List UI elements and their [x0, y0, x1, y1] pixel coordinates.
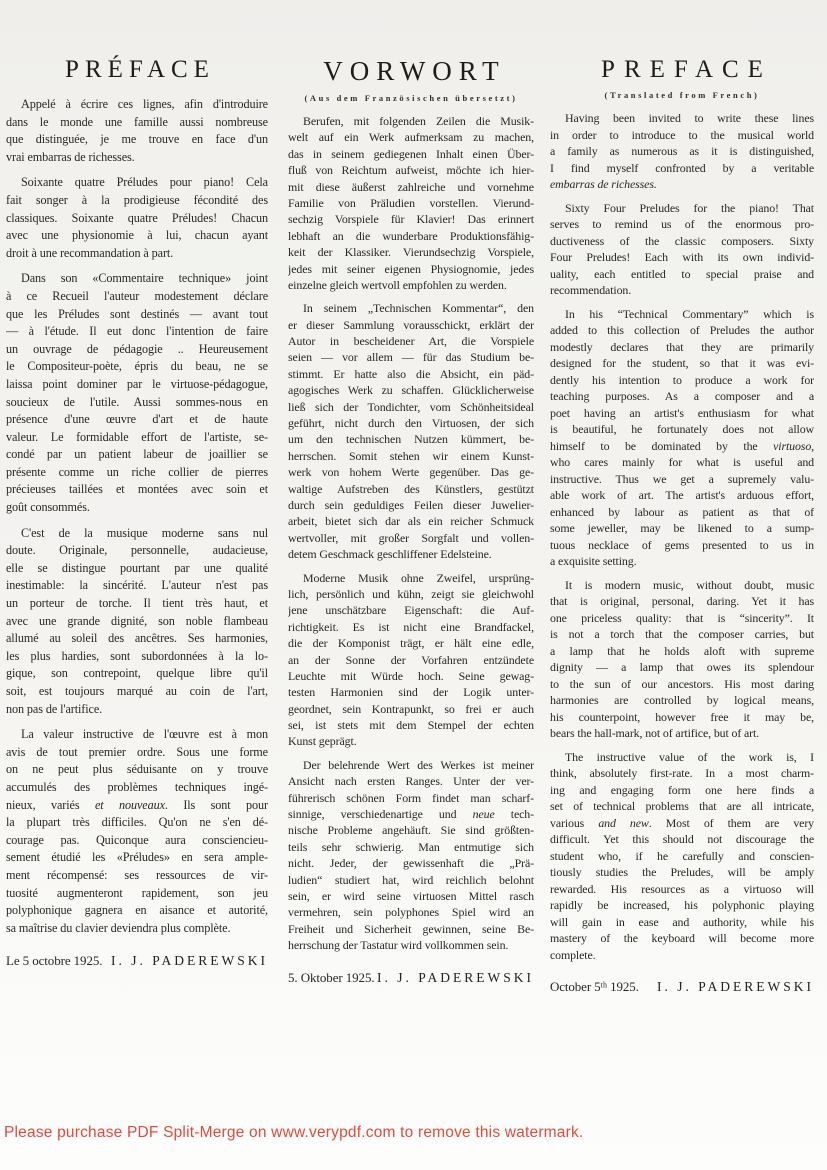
text-line: vermehren, sein polyphones Spiel wird an — [288, 904, 534, 920]
text-line: Familie von Präludien vorstellen. Vierun… — [288, 195, 534, 211]
text-line: mastery of the keyboard will become more — [550, 930, 814, 947]
text-line: on ne peut plus séduisante on y trouve — [6, 761, 268, 779]
text-line: a lamp that he holds aloft with supreme — [550, 643, 814, 660]
text-line: is beautiful, he fortunately does not al… — [550, 421, 814, 438]
text-line: valeur. Le formidable effort de l'artist… — [6, 429, 268, 447]
text-line: Moderne Musik ohne Zweifel, ursprüng- — [288, 570, 534, 586]
text-line: recommendation. — [550, 282, 814, 299]
text-line: In his “Technical Commentary” which is — [550, 306, 814, 323]
text-line: ductiveness of the classic composers. Si… — [550, 233, 814, 250]
english-date: October 5ᵗʰ 1925. — [550, 979, 639, 995]
text-line: himself to be dominated by the virtuoso, — [550, 438, 814, 455]
text-line: rewarded. His resources as a virtuoso wi… — [550, 881, 814, 898]
text-line: nicht. Jeder, der gewissenhaft die „Prä- — [288, 855, 534, 871]
text-line: jene unschätzbare Eigenschaft: die Auf- — [288, 602, 534, 618]
text-line: will gain in ease and authority, while h… — [550, 914, 814, 931]
text-line: testen Harmonien sind der Logik unter- — [288, 684, 534, 700]
text-line: ließ sich der Tondichter, vom Schönheits… — [288, 399, 534, 415]
text-line: — à l'étude. Il eut donc l'intention de … — [6, 323, 268, 341]
text-line: tiously studies the Preludes, will be am… — [550, 864, 814, 881]
paragraph: Der belehrende Wert des Werkes ist meine… — [288, 757, 534, 954]
text-line: sechzig Vorspiele für Klavier! Das erinn… — [288, 211, 534, 227]
german-subtitle: (Aus dem Französischen übersetzt) — [288, 93, 534, 103]
text-line: inestimable: la sincérité. L'auteur n'es… — [6, 577, 268, 595]
text-line: Kunst geprägt. — [288, 733, 534, 749]
text-line: able work of art. The artist's arduous e… — [550, 487, 814, 504]
text-line: some jeweller, may be likened to a sump- — [550, 520, 814, 537]
text-line: waltige Aufstreben des Künstlers, gestüt… — [288, 481, 534, 497]
text-line: a exquisite setting. — [550, 553, 814, 570]
text-line: teaching purposes. As a composer and a — [550, 388, 814, 405]
text-line: elle se distingue pourtant par une quali… — [6, 560, 268, 578]
text-line: soit, est toujours marqué au coin de l'a… — [6, 683, 268, 701]
text-line: detem Geschmack geschliffener Edelsteine… — [288, 546, 534, 562]
paragraph: Sixty Four Preludes for the piano! Thats… — [550, 200, 814, 299]
french-author-signature: I. J. PADEREWSKI — [111, 953, 268, 969]
text-line: Freiheit und Sicherheit gewinnen, seine … — [288, 921, 534, 937]
text-line: gique, son contrepoint, quelque libre qu… — [6, 665, 268, 683]
text-line: goût consommés. — [6, 499, 268, 517]
text-line: nieux, variés et nouveaux. Ils sont pour — [6, 797, 268, 815]
text-line: harmonies are controlled by logical mean… — [550, 692, 814, 709]
text-line: dignity — a lamp that owes its splendour — [550, 659, 814, 676]
paragraph: C'est de la musique moderne sans nuldout… — [6, 525, 268, 719]
german-dateline: 5. Oktober 1925. I. J. PADEREWSKI — [288, 970, 534, 986]
text-line: werk von hohem Werte gegenüber. Das ge- — [288, 464, 534, 480]
text-line: to the sun of our ancestors. His most da… — [550, 676, 814, 693]
text-line: durch sein geduldiges Feilen dieser Juwe… — [288, 497, 534, 513]
text-line: designed for the student, so that it was… — [550, 355, 814, 372]
text-line: um den technischen Nutzen kümmert, be- — [288, 431, 534, 447]
text-line: difficult. Yet this should not discourag… — [550, 831, 814, 848]
paragraph: Berufen, mit folgenden Zeilen die Musik-… — [288, 113, 534, 293]
text-line: is not a torch that the composer carries… — [550, 626, 814, 643]
text-line: Dans son «Commentaire technique» joint — [6, 270, 268, 288]
text-line: ludien“ studiert hat, wird reichlich bel… — [288, 872, 534, 888]
english-subtitle: (Translated from French) — [550, 90, 814, 100]
text-line: dans le monde une famille aussi nombreus… — [6, 114, 268, 132]
text-line: modestly declares that they are primaril… — [550, 339, 814, 356]
paragraph: Moderne Musik ohne Zweifel, ursprüng-lic… — [288, 570, 534, 750]
text-line: laissa point dominer par le virtuose-péd… — [6, 376, 268, 394]
text-line: sa maîtrise du clavier deviendra plus co… — [6, 920, 268, 938]
text-line: uality, each entitled to special praise … — [550, 266, 814, 283]
text-line: allumé au soleil des ancêtres. Ses harmo… — [6, 630, 268, 648]
text-line: I find myself confronted by a veritable — [550, 160, 814, 177]
text-line: que les Préludes sont destinés — avant t… — [6, 306, 268, 324]
text-line: embarras de richesses. — [550, 176, 814, 193]
text-line: einzelne gleich wertvoll empfohlen zu we… — [288, 277, 534, 293]
text-line: wertvoller, mit großer Sorgfalt und voll… — [288, 530, 534, 546]
paragraph: In his “Technical Commentary” which isad… — [550, 306, 814, 570]
english-heading: PREFACE — [550, 56, 814, 84]
text-line: dently his intention to produce a work f… — [550, 372, 814, 389]
paragraph: Dans son «Commentaire technique» jointà … — [6, 270, 268, 516]
text-line: nische Probleme angehäuft. Sie sind größ… — [288, 822, 534, 838]
text-line: sinnige, verschiedenartige und neue tech… — [288, 806, 534, 822]
text-line: Soixante quatre Préludes pour piano! Cel… — [6, 174, 268, 192]
text-line: la plupart très difficiles. Qu'on ne s'e… — [6, 814, 268, 832]
text-line: das in seinem gediegenen Inhalt einen Üb… — [288, 146, 534, 162]
text-line: précieuses taillées et montées avec soin… — [6, 481, 268, 499]
text-line: herrschen. Somit stehen wir einem Kunst- — [288, 448, 534, 464]
text-line: avec une physionomie à lui, chacun ayant — [6, 227, 268, 245]
french-body: Appelé à écrire ces lignes, afin d'intro… — [6, 96, 268, 937]
text-line: sement étudié les «Préludes» en sera amp… — [6, 849, 268, 867]
english-author-signature: I. J. PADEREWSKI — [657, 979, 814, 995]
text-line: er dieser Sammlung vorausschickt, erklär… — [288, 317, 534, 333]
column-french: PRÉFACE Appelé à écrire ces lignes, afin… — [6, 56, 268, 995]
text-line: geordnet, sein Kontrapunkt, so frei er a… — [288, 701, 534, 717]
german-author-signature: I. J. PADEREWSKI — [377, 970, 534, 986]
french-dateline: Le 5 octobre 1925. I. J. PADEREWSKI — [6, 953, 268, 969]
text-line: Der belehrende Wert des Werkes ist meine… — [288, 757, 534, 773]
text-line: herrschung der Tastatur wird vollkommen … — [288, 937, 534, 953]
three-column-layout: PRÉFACE Appelé à écrire ces lignes, afin… — [0, 0, 827, 995]
text-line: ment récompensé: ses ressources de vir- — [6, 867, 268, 885]
text-line: instructive. Thus we get a supremely val… — [550, 471, 814, 488]
text-line: présence d'une œuvre d'art et de haute — [6, 411, 268, 429]
text-line: bears the hall-mark, not of artifice, bu… — [550, 725, 814, 742]
text-line: poet having an artist's enthusiasm for w… — [550, 405, 814, 422]
text-line: führerisch schönen Form findet man schar… — [288, 790, 534, 806]
text-line: The instructive value of the work is, I — [550, 749, 814, 766]
column-english: PREFACE (Translated from French) Having … — [550, 56, 814, 995]
text-line: Autor in bescheidener Art, die Vorspiele — [288, 333, 534, 349]
text-line: Ansicht nach ersten Ranges. Unter der ve… — [288, 773, 534, 789]
text-line: non pas de l'artifice. — [6, 701, 268, 719]
scanned-page: PRÉFACE Appelé à écrire ces lignes, afin… — [0, 0, 827, 1170]
column-german: VORWORT (Aus dem Französischen übersetzt… — [288, 56, 534, 995]
text-line: enhanced by labour as patient as that of — [550, 504, 814, 521]
text-line: teils sehr schwierig. Man entmutige sich — [288, 839, 534, 855]
text-line: avis de tout premier ordre. Sous une for… — [6, 744, 268, 762]
text-line: complete. — [550, 947, 814, 964]
text-line: added to this collection of Preludes the… — [550, 322, 814, 339]
text-line: doute. Originale, personnelle, audacieus… — [6, 542, 268, 560]
text-line: fluß von Reichtum aufweist, möchte ich h… — [288, 162, 534, 178]
text-line: mit diese äußerst zahlreiche und vornehm… — [288, 179, 534, 195]
text-line: his counterpoint, however free it may be… — [550, 709, 814, 726]
text-line: richtigkeit. Es ist nicht eine Brandfack… — [288, 619, 534, 635]
text-line: sei, ist stets mit dem Stempel der echte… — [288, 717, 534, 733]
german-body: Berufen, mit folgenden Zeilen die Musik-… — [288, 113, 534, 954]
text-line: Having been invited to write these lines — [550, 110, 814, 127]
text-line: Berufen, mit folgenden Zeilen die Musik- — [288, 113, 534, 129]
text-line: La valeur instructive de l'œuvre est à m… — [6, 726, 268, 744]
text-line: think, absolutely first-rate. In a most … — [550, 765, 814, 782]
text-line: courage pas. Quiconque aura consciencieu… — [6, 832, 268, 850]
text-line: a family as numerous as it is distinguis… — [550, 143, 814, 160]
text-line: droit à une recommandation à part. — [6, 245, 268, 263]
text-line: one priceless quality: that is “sincerit… — [550, 610, 814, 627]
french-heading: PRÉFACE — [6, 56, 268, 84]
text-line: set of technical problems that are all i… — [550, 798, 814, 815]
text-line: ing and engaging form one here finds a — [550, 782, 814, 799]
text-line: various and new. Most of them are very — [550, 815, 814, 832]
text-line: le Compositeur-poète, épris du beau, ne … — [6, 358, 268, 376]
text-line: un porteur de torche. Il tient très haut… — [6, 595, 268, 613]
text-line: Sixty Four Preludes for the piano! That — [550, 200, 814, 217]
text-line: fait songer à la prodigieuse fécondité d… — [6, 192, 268, 210]
text-line: stimmt. Er hatte also die Absicht, ein p… — [288, 366, 534, 382]
paragraph: Appelé à écrire ces lignes, afin d'intro… — [6, 96, 268, 166]
text-line: agogisches Werk zu schaffen. Glücklicher… — [288, 382, 534, 398]
text-line: student who, if he carefully and conscie… — [550, 848, 814, 865]
paragraph: The instructive value of the work is, It… — [550, 749, 814, 964]
text-line: polyphonique gagnera en aisance et autor… — [6, 902, 268, 920]
text-line: les plus hardies, sont subordonnées à la… — [6, 648, 268, 666]
text-line: lich, persönlich und kühn, zeigt sie gle… — [288, 586, 534, 602]
paragraph: Soixante quatre Préludes pour piano! Cel… — [6, 174, 268, 262]
text-line: keit der Klassiker. Vierundsechzig Vorsp… — [288, 244, 534, 260]
text-line: serves to remind us of the enormous pro- — [550, 216, 814, 233]
german-date: 5. Oktober 1925. — [288, 970, 375, 986]
text-line: die der Komponist trägt, er hält eine ed… — [288, 635, 534, 651]
paragraph: La valeur instructive de l'œuvre est à m… — [6, 726, 268, 937]
text-line: soucieux de l'utile. Aussi sommes-nous e… — [6, 394, 268, 412]
text-line: tuosité augmenteront rapidement, son jeu — [6, 885, 268, 903]
paragraph: It is modern music, without doubt, music… — [550, 577, 814, 742]
text-line: vrai embarras de richesses. — [6, 149, 268, 167]
french-date: Le 5 octobre 1925. — [6, 953, 102, 969]
watermark-text: Please purchase PDF Split-Merge on www.v… — [4, 1124, 583, 1142]
text-line: présente comme un riche collier de pierr… — [6, 464, 268, 482]
paragraph: In seinem „Technischen Kommentar“, dener… — [288, 300, 534, 562]
text-line: tuous necklace of gems presented to us i… — [550, 537, 814, 554]
text-line: an der Sonne der Vorfahren entzündete — [288, 652, 534, 668]
text-line: that is original, personal, daring. Yet … — [550, 593, 814, 610]
text-line: geführt, nicht durch den Virtuosen, der … — [288, 415, 534, 431]
text-line: welt auf ein Werk aufmerksam zu machen, — [288, 129, 534, 145]
text-line: sein, er wird seine virtuosen Mittel ras… — [288, 888, 534, 904]
paragraph: Having been invited to write these lines… — [550, 110, 814, 193]
text-line: arbeit, bietet sich dar als ein reicher … — [288, 513, 534, 529]
text-line: un ouvrage de pédagogie .. Heureusement — [6, 341, 268, 359]
german-heading: VORWORT — [288, 56, 534, 87]
text-line: In seinem „Technischen Kommentar“, den — [288, 300, 534, 316]
text-line: accumulés des problèmes techniques ingé- — [6, 779, 268, 797]
text-line: in order to introduce to the musical wor… — [550, 127, 814, 144]
text-line: lebhaft an die wunderbare Produktionsfäh… — [288, 228, 534, 244]
text-line: who cares mainly for what is useful and — [550, 454, 814, 471]
text-line: It is modern music, without doubt, music — [550, 577, 814, 594]
text-line: que distinguée, je me trouve en face d'u… — [6, 131, 268, 149]
text-line: C'est de la musique moderne sans nul — [6, 525, 268, 543]
english-body: Having been invited to write these lines… — [550, 110, 814, 963]
text-line: condé par un patient labeur de joaillier… — [6, 446, 268, 464]
text-line: rapidly be increased, his polyphonic pla… — [550, 897, 814, 914]
text-line: Four Preludes! Each with its own individ… — [550, 249, 814, 266]
text-line: classiques. Soixante quatre Préludes! Ch… — [6, 210, 268, 228]
english-dateline: October 5ᵗʰ 1925. I. J. PADEREWSKI — [550, 979, 814, 995]
text-line: avec une grande dignité, son noble flamb… — [6, 613, 268, 631]
text-line: seien — vor allem — für das Studium be- — [288, 349, 534, 365]
text-line: Leuchte mit Würde hoch. Seine gewag- — [288, 668, 534, 684]
text-line: à ce Recueil l'auteur modestement déclar… — [6, 288, 268, 306]
text-line: Appelé à écrire ces lignes, afin d'intro… — [6, 96, 268, 114]
text-line: jedes mit seiner eigenen Physiognomie, j… — [288, 261, 534, 277]
